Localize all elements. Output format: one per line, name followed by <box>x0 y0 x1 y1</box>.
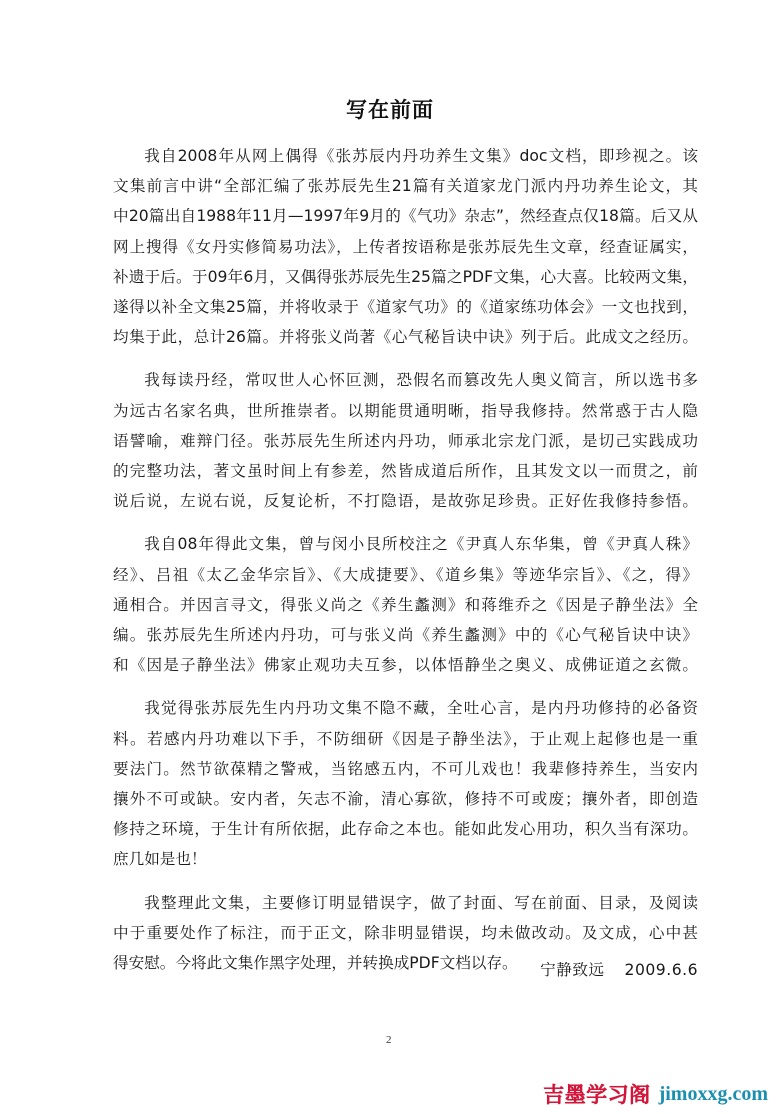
paragraph-3: 我自08年得此文集，曾与闵小艮所校注之《尹真人东华集，曾《尹真人秼》 经》、吕祖… <box>113 529 698 680</box>
text-line: 编。张苏辰先生所述内丹功，可与张义尚《养生蠡测》中的《心气秘旨诀中诀》 <box>113 620 698 650</box>
text-line: 经》、吕祖《太乙金华宗旨》、《大成捷要》、《道乡集》等迹华宗旨》、《之，得》 <box>113 560 698 590</box>
text-line: 我觉得张苏辰先生内丹功文集不隐不藏，全吐心言，是内丹功修持的必备资 <box>113 693 698 723</box>
text-line: 庶几如是也！ <box>113 844 698 874</box>
signature-date: 2009.6.6 <box>625 961 698 979</box>
text-line: 攘外不可或缺。安内者，矢志不渝，清心寡欲，修持不可或废；攘外者，即创造 <box>113 784 698 814</box>
text-line: 均集于此，总计26篇。并将张义尚著《心气秘旨诀中诀》列于后。此成文之经历。 <box>113 322 698 352</box>
text-line: 我整理此文集，主要修订明显错误字，做了封面、写在前面、目录，及阅读 <box>113 888 698 918</box>
signature-author: 宁静致远 <box>540 961 604 979</box>
text-line: 的完整功法，著文虽时间上有参差，然皆成道后所作，且其发文以一而贯之，前 <box>113 456 698 486</box>
text-line: 通相合。并因言寻文，得张义尚之《养生蠡测》和蒋维乔之《因是子静坐法》全 <box>113 590 698 620</box>
text-line: 为远古名家名典，世所推崇者。以期能贯通明晰，指导我修持。然常惑于古人隐 <box>113 396 698 426</box>
text-line: 和《因是子静坐法》佛家止观功夫互参，以体悟静坐之奥义、成佛证道之玄微。 <box>113 650 698 680</box>
text-line: 网上搜得《女丹实修简易功法》，上传者按语称是张苏辰先生文章，经查证属实， <box>113 232 698 262</box>
watermark-chinese: 吉墨学习阁 <box>543 1079 651 1109</box>
document-body: 我自2008年从网上偶得《张苏辰内丹功养生文集》doc文档，即珍视之。该 文集前… <box>113 141 698 991</box>
text-line: 遂得以补全文集25篇，并将收录于《道家气功》的《道家练功体会》一文也找到， <box>113 292 698 322</box>
text-line: 说后说，左说右说，反复论析，不打隐语，是故弥足珍贵。正好佐我修持参悟。 <box>113 486 698 516</box>
text-line: 料。若感内丹功难以下手，不防细研《因是子静坐法》，于止观上起修也是一重 <box>113 724 698 754</box>
text-line: 语譬喻，难辩门径。张苏辰先生所述内丹功，师承北宗龙门派，是切己实践成功 <box>113 426 698 456</box>
watermark-domain: jimoxxg.com <box>659 1083 768 1106</box>
document-page: 写在前面 我自2008年从网上偶得《张苏辰内丹功养生文集》doc文档，即珍视之。… <box>0 0 780 1114</box>
text-line: 补遗于后。于09年6月，又偶得张苏辰先生25篇之PDF文集，心大喜。比较两文集， <box>113 262 698 292</box>
text-line: 文集前言中讲“全部汇编了张苏辰先生21篇有关道家龙门派内丹功养生论文，其 <box>113 171 698 201</box>
text-line: 我自08年得此文集，曾与闵小艮所校注之《尹真人东华集，曾《尹真人秼》 <box>113 529 698 559</box>
paragraph-4: 我觉得张苏辰先生内丹功文集不隐不藏，全吐心言，是内丹功修持的必备资 料。若感内丹… <box>113 693 698 874</box>
page-title: 写在前面 <box>0 94 780 124</box>
text-line: 中于重要处作了标注，而于正文，除非明显错误，均未做改动。及文成，心中甚 <box>113 918 698 948</box>
text-line: 中20篇出自1988年11月—1997年9月的《气功》杂志”，然经查点仅18篇。… <box>113 201 698 231</box>
watermark-logo: 吉墨学习阁 jimoxxg.com <box>543 1080 768 1108</box>
text-line: 修持之环境，于生计有所依据，此存命之本也。能如此发心用功，积久当有深功。 <box>113 814 698 844</box>
text-line: 我每读丹经，常叹世人心怀叵测，恐假名而篡改先人奥义简言，所以选书多 <box>113 365 698 395</box>
text-line: 要法门。然节欲葆精之警戒，当铭感五内，不可儿戏也！我辈修持养生，当安内 <box>113 754 698 784</box>
paragraph-2: 我每读丹经，常叹世人心怀叵测，恐假名而篡改先人奥义简言，所以选书多 为远古名家名… <box>113 365 698 516</box>
page-number: 2 <box>386 1034 392 1046</box>
signature: 宁静致远2009.6.6 <box>540 958 698 980</box>
paragraph-1: 我自2008年从网上偶得《张苏辰内丹功养生文集》doc文档，即珍视之。该 文集前… <box>113 141 698 352</box>
text-line: 我自2008年从网上偶得《张苏辰内丹功养生文集》doc文档，即珍视之。该 <box>113 141 698 171</box>
